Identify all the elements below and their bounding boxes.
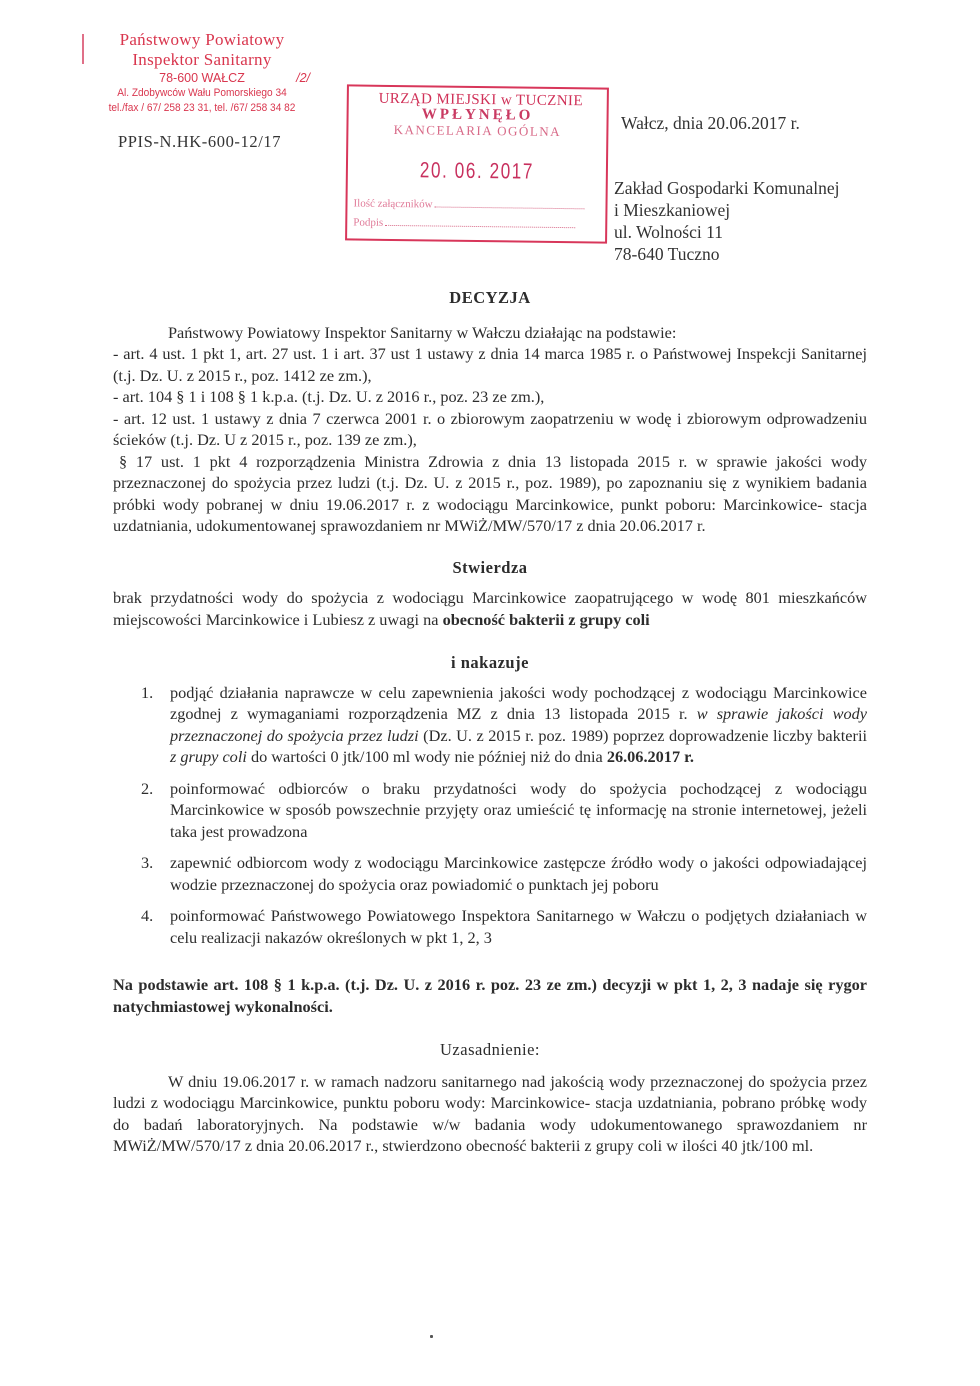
receipt-date: 20. 06. 2017 — [376, 157, 578, 185]
orders-heading: i nakazuje — [113, 652, 867, 674]
order-number: 4. — [141, 905, 153, 927]
order-number: 2. — [141, 778, 153, 800]
justification-paragraph: W dniu 19.06.2017 r. w ramach nadzoru sa… — [113, 1071, 867, 1157]
recipient-line1: Zakład Gospodarki Komunalnej — [614, 177, 840, 199]
recipient-line2: i Mieszkaniowej — [614, 199, 840, 221]
signature-dotted-line — [385, 225, 575, 228]
recipient-line4: 78-640 Tuczno — [614, 243, 840, 265]
legal-basis-1: - art. 4 ust. 1 pkt 1, art. 27 ust. 1 i … — [113, 343, 867, 386]
intro-paragraph: Państwowy Powiatowy Inspektor Sanitarny … — [113, 322, 867, 344]
sender-postal-city: 78-600 WAŁCZ — [159, 71, 245, 85]
order-item: 3. zapewnić odbiorcom wody z wodociągu M… — [113, 852, 867, 895]
stamp-bracket-mark — [82, 34, 88, 64]
receipt-attachments-field: Ilość załączników — [353, 197, 599, 212]
finding-bold: obecność bakterii z grupy coli — [443, 610, 650, 629]
sender-name-line1: Państwowy Powiatowy — [82, 30, 322, 50]
order-text: zapewnić odbiorcom wody z wodociągu Marc… — [170, 853, 867, 894]
order-item: 1. podjąć działania naprawcze w celu zap… — [113, 682, 867, 768]
enforcement-clause: Na podstawie art. 108 § 1 k.p.a. (t.j. D… — [113, 974, 867, 1017]
recipient-address: Zakład Gospodarki Komunalnej i Mieszkani… — [614, 177, 840, 265]
order-text: do wartości 0 jtk/100 ml wody nie późnie… — [247, 747, 607, 766]
order-deadline: 26.06.2017 r. — [607, 747, 694, 766]
sender-stamp-suffix: /2/ — [296, 70, 310, 86]
sender-phone: tel./fax / 67/ 258 23 31, tel. /67/ 258 … — [92, 101, 313, 116]
scanned-document-page: Państwowy Powiatowy Inspektor Sanitarny … — [0, 0, 980, 1386]
sender-city: 78-600 WAŁCZ /2/ — [82, 70, 322, 86]
signature-label: Podpis — [353, 216, 383, 228]
legal-basis-3: - art. 12 ust. 1 ustawy z dnia 7 czerwca… — [113, 408, 867, 451]
order-number: 3. — [141, 852, 153, 874]
order-item: 2. poinformować odbiorców o braku przyda… — [113, 778, 867, 843]
order-text: (Dz. U. z 2015 r. poz. 1989) poprzez dop… — [419, 726, 867, 745]
legal-basis-2: - art. 104 § 1 i 108 § 1 k.p.a. (t.j. Dz… — [113, 386, 867, 408]
sender-stamp: Państwowy Powiatowy Inspektor Sanitarny … — [82, 30, 322, 116]
sender-address: Al. Zdobywców Wału Pomorskiego 34 — [92, 86, 313, 101]
finding-heading: Stwierdza — [113, 557, 867, 579]
order-text: poinformować Państwowego Powiatowego Ins… — [170, 906, 867, 947]
place-and-date: Wałcz, dnia 20.06.2017 r. — [621, 113, 800, 134]
order-item: 4. poinformować Państwowego Powiatowego … — [113, 905, 867, 948]
receipt-stamp: URZĄD MIEJSKI w TUCZNIE WPŁYNĘŁO KANCELA… — [345, 84, 609, 243]
justification-heading: Uzasadnienie: — [113, 1039, 867, 1061]
recipient-line3: ul. Wolności 11 — [614, 221, 840, 243]
reference-number: PPIS-N.HK-600-12/17 — [118, 132, 281, 152]
document-body: DECYZJA Państwowy Powiatowy Inspektor Sa… — [113, 287, 867, 1157]
document-title: DECYZJA — [113, 287, 867, 309]
order-text: poinformować odbiorców o braku przydatno… — [170, 779, 867, 841]
sender-name-line2: Inspektor Sanitarny — [82, 50, 322, 70]
finding-paragraph: brak przydatności wody do spożycia z wod… — [113, 587, 867, 630]
legal-basis-4: § 17 ust. 1 pkt 4 rozporządzenia Ministr… — [113, 451, 867, 537]
receipt-signature-field: Podpis — [353, 216, 599, 231]
order-number: 1. — [141, 682, 153, 704]
receipt-department: KANCELARIA OGÓLNA — [348, 121, 606, 140]
attachments-dotted-line — [435, 206, 585, 209]
scan-speck — [430, 1335, 433, 1338]
orders-list: 1. podjąć działania naprawcze w celu zap… — [113, 682, 867, 949]
attachments-label: Ilość załączników — [353, 197, 432, 210]
order-bacteria-group: z grupy coli — [170, 747, 247, 766]
